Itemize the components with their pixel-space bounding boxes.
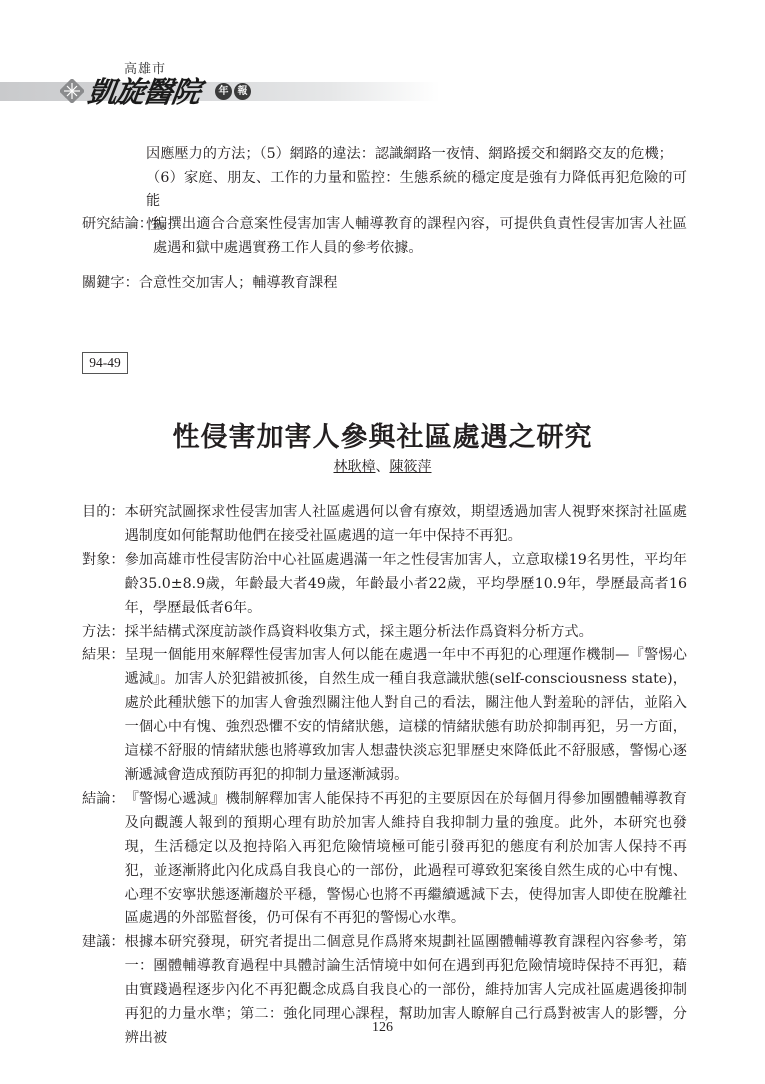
prev-abstract-keywords: 關鍵字： 合意性交加害人；輔導教育課程 — [82, 272, 687, 296]
section-conclusion: 結論： 『警惕心遞減』機制解釋加害人能保持不再犯的主要原因在於每個月得參加團體輔… — [82, 788, 687, 931]
article-title: 性侵害加害人參與社區處遇之研究 — [0, 415, 765, 454]
logo-hospital-name: 凱旋醫院 — [85, 70, 203, 111]
section-text: 呈現一個能用來解釋性侵害加害人何以能在處遇一年中不再犯的心理運作機制—『警惕心遞… — [125, 644, 687, 787]
author-name: 陳筱萍 — [390, 459, 432, 475]
section-label: 結論： — [82, 788, 125, 931]
section-text: 『警惕心遞減』機制解釋加害人能保持不再犯的主要原因在於每個月得參加團體輔導教育及… — [125, 788, 687, 931]
author-name: 林耿樟 — [334, 459, 376, 475]
text-line: （6）家庭、朋友、工作的力量和監控：生態系統的穩定度是強有力降低再犯危險的可能 — [146, 167, 687, 214]
section-results: 結果： 呈現一個能用來解釋性侵害加害人何以能在處遇一年中不再犯的心理運作機制—『… — [82, 644, 687, 787]
hospital-logo-icon — [60, 79, 84, 103]
text-line: 因應壓力的方法；（5）網路的違法：認識網路一夜情、網路援交和網路交友的危機； — [146, 143, 687, 167]
keywords-text: 合意性交加害人；輔導教育課程 — [139, 272, 687, 296]
keywords-label: 關鍵字： — [82, 272, 139, 296]
section-text: 編撰出適合合意案性侵害加害人輔導教育的課程內容，可提供負責性侵害加害人社區處遇和… — [153, 213, 687, 260]
section-label: 結果： — [82, 644, 125, 787]
section-text: 參加高雄市性侵害防治中心社區處遇滿一年之性侵害加害人，立意取樣19名男性，平均年… — [125, 549, 687, 621]
section-label: 目的： — [82, 501, 125, 549]
section-methods: 方法： 採半結構式深度訪談作爲資料收集方式，採主題分析法作爲資料分析方式。 — [82, 621, 687, 645]
author-separator: 、 — [376, 459, 390, 475]
section-label: 方法： — [82, 621, 125, 645]
abstract-body: 目的： 本研究試圖探求性侵害加害人社區處遇何以會有療效，期望透過加害人視野來探討… — [82, 501, 687, 1051]
annual-badge-report: 報 — [234, 83, 251, 100]
article-code: 94-49 — [82, 352, 128, 374]
annual-badge-year: 年 — [215, 83, 232, 100]
page-number: 126 — [0, 1020, 765, 1036]
section-subjects: 對象： 參加高雄市性侵害防治中心社區處遇滿一年之性侵害加害人，立意取樣19名男性… — [82, 549, 687, 621]
prev-abstract-conclusion: 研究結論： 編撰出適合合意案性侵害加害人輔導教育的課程內容，可提供負責性侵害加害… — [82, 213, 687, 260]
section-text: 採半結構式深度訪談作爲資料收集方式，採主題分析法作爲資料分析方式。 — [125, 621, 687, 645]
section-text: 本研究試圖探求性侵害加害人社區處遇何以會有療效，期望透過加害人視野來探討社區處遇… — [125, 501, 687, 549]
article-authors: 林耿樟、陳筱萍 — [0, 456, 765, 476]
section-purpose: 目的： 本研究試圖探求性侵害加害人社區處遇何以會有療效，期望透過加害人視野來探討… — [82, 501, 687, 549]
section-label: 對象： — [82, 549, 125, 621]
section-label: 研究結論： — [82, 213, 153, 260]
